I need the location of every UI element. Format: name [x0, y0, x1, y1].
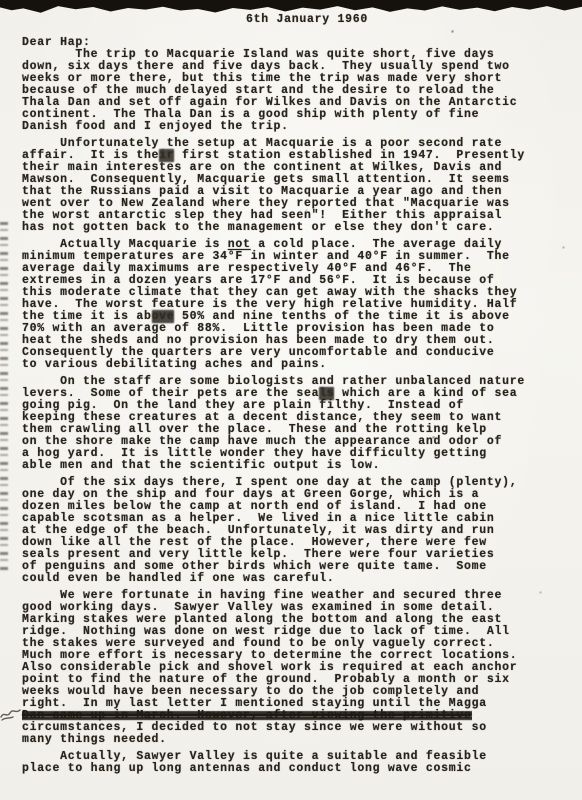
letter-date: 6th January 1960	[22, 14, 568, 26]
letter-line: We were fortunate in having fine weather…	[22, 590, 568, 602]
paragraph: The trip to Macquarie Island was quite s…	[22, 49, 568, 133]
redacted-text: Dan came up in March. However, after vie…	[22, 709, 472, 722]
paper-specks	[0, 0, 1, 1]
letter-line: Of the six days there, I spent one day a…	[22, 477, 568, 489]
letter-page: 6th January 1960 Dear Hap: The trip to M…	[0, 0, 582, 800]
paragraph: Actually, Sawyer Valley is quite a suita…	[22, 751, 568, 775]
letter-line: has not gotten back to the management or…	[22, 222, 568, 234]
letter-line: could even be handled if one was careful…	[22, 573, 568, 585]
letter-line: place to hang up long antennas and condu…	[22, 763, 568, 775]
paragraph: Unfortunately the setup at Macquarie is …	[22, 138, 568, 234]
letter-line: to various debilitating aches and pains.	[22, 359, 568, 371]
letter-line: Actually, Sawyer Valley is quite a suita…	[22, 751, 568, 763]
letter-line: able men and that the scientific output …	[22, 460, 568, 472]
letter-line: one day on the ship and four days at Gre…	[22, 489, 568, 501]
underlined-text: not	[228, 238, 251, 251]
struck-out-text: ir	[159, 149, 174, 162]
letter-line: ridge. Nothing was done on west ridge du…	[22, 626, 568, 638]
paragraph: On the staff are some biologists and rat…	[22, 376, 568, 472]
paragraph: Actually Macquarie is not a cold place. …	[22, 239, 568, 372]
letter-line: many things needed.	[22, 734, 568, 746]
handwritten-margin-squiggle-icon	[0, 705, 22, 723]
letter-line: good working days. Sawyer Valley was exa…	[22, 602, 568, 614]
left-margin-ink-bleedthrough	[0, 222, 8, 574]
letter-body: The trip to Macquarie Island was quite s…	[22, 49, 568, 775]
paragraph: We were fortunate in having fine weather…	[22, 590, 568, 747]
letter-line: Marking stakes were planted along the bo…	[22, 614, 568, 626]
letter-content: 6th January 1960 Dear Hap: The trip to M…	[22, 14, 568, 775]
struck-out-text: ove	[152, 310, 175, 323]
paragraph: Of the six days there, I spent one day a…	[22, 477, 568, 585]
struck-out-text: ls	[319, 387, 334, 400]
letter-line: Danish food and I enjoyed the trip.	[22, 121, 568, 133]
